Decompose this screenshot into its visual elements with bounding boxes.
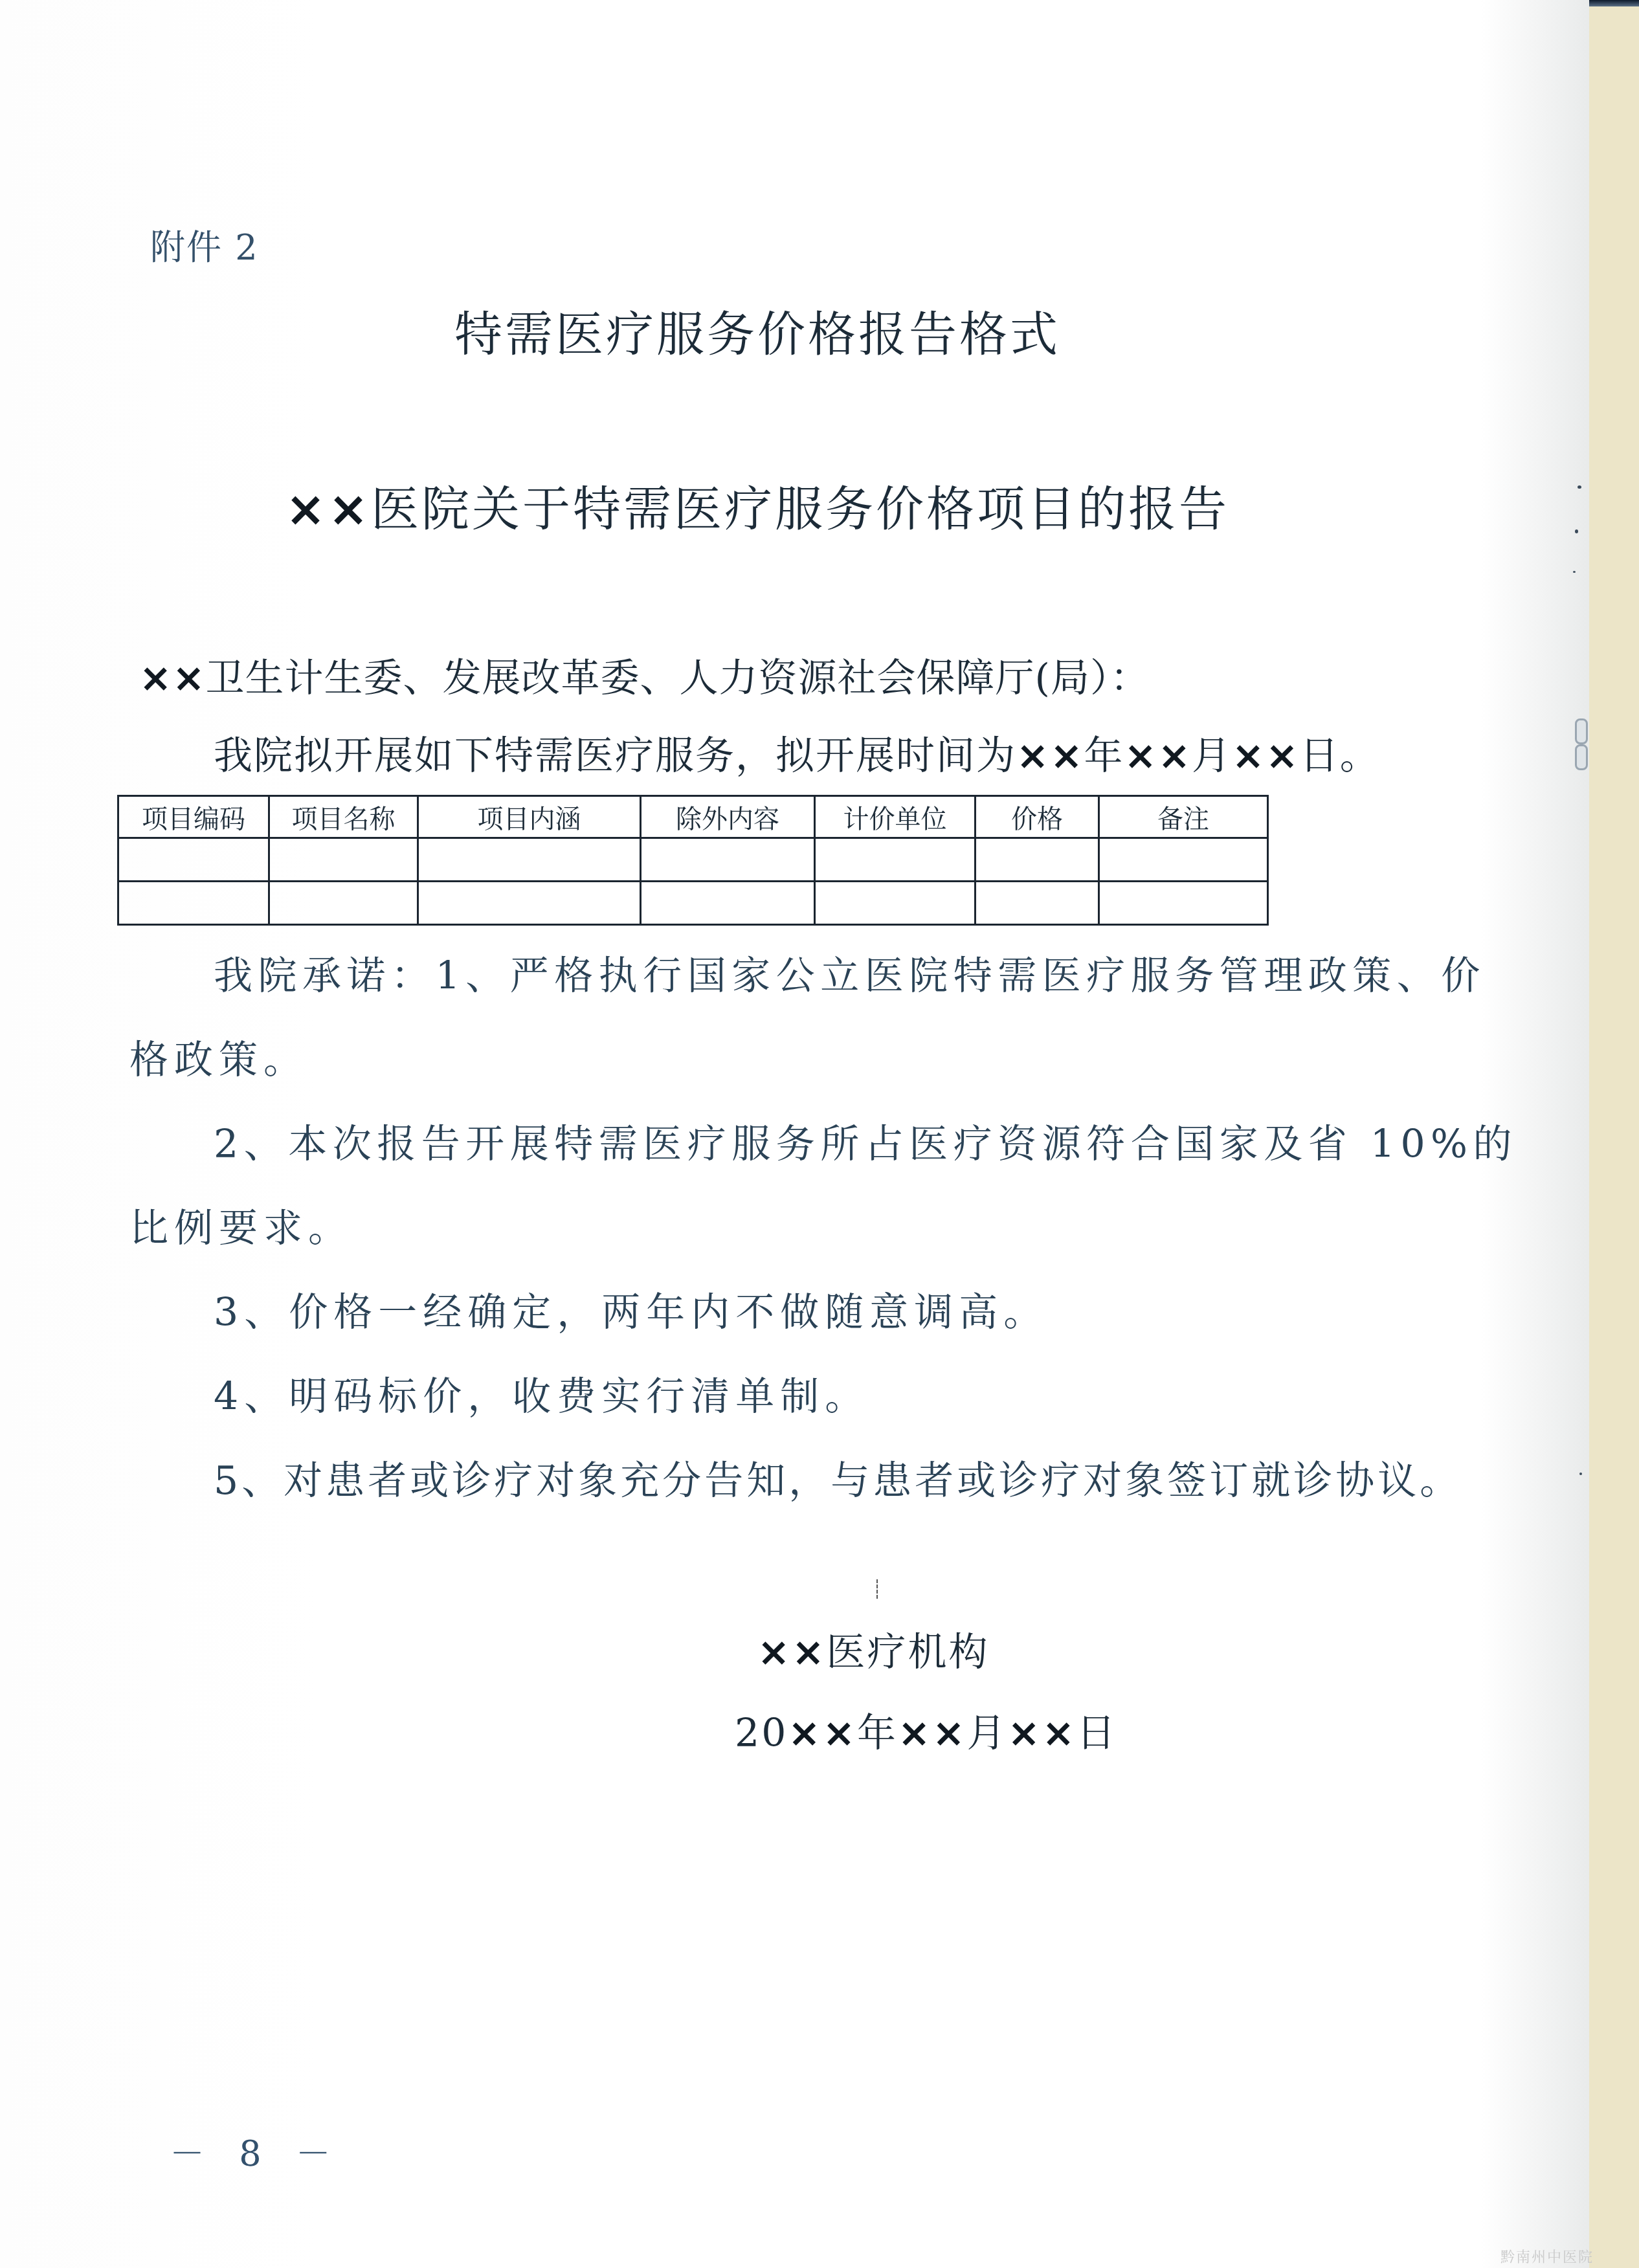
document-title: 特需医疗服务价格报告格式 (0, 296, 1515, 365)
intro-day-label: 日。 (1300, 733, 1380, 779)
commitment-1-line-2: 格政策。 (129, 1029, 308, 1085)
salutation: ××卫生计生委、发展改革委、人力资源社会保障厅(局）： (139, 647, 1150, 703)
table-cell (118, 838, 269, 882)
table-cell (118, 882, 269, 925)
placeholder-mark: ×× (788, 1711, 857, 1756)
col-header-pricing-unit: 计价单位 (815, 796, 976, 838)
scan-dash-mark (876, 1579, 879, 1599)
intro-year-label: 年 (1084, 733, 1124, 779)
report-title: ××医院关于特需医疗服务价格项目的报告 (0, 471, 1515, 540)
placeholder-mark: ×× (1016, 733, 1084, 779)
commitment-5: 5、对患者或诊疗对象充分告知，与患者或诊疗对象签订就诊协议。 (214, 1450, 1462, 1506)
placeholder-mark: ×× (285, 482, 371, 537)
staple-icon (1575, 744, 1588, 770)
scan-speck (1578, 485, 1581, 489)
placeholder-mark: ×× (1232, 733, 1300, 779)
table-cell (815, 838, 976, 882)
commitment-1-line-1: 我院承诺：1、严格执行国家公立医院特需医疗服务管理政策、价 (214, 945, 1486, 1001)
commitment-3: 3、价格一经确定，两年内不做随意调高。 (214, 1282, 1048, 1337)
signature-date: 20××年××月××日 (735, 1702, 1117, 1758)
table-cell (269, 838, 418, 882)
price-items-table: 项目编码 项目名称 项目内涵 除外内容 计价单位 价格 备注 (117, 795, 1269, 926)
table-cell (976, 882, 1099, 925)
placeholder-mark: ×× (139, 656, 206, 701)
table-row (118, 838, 1268, 882)
table-cell (1099, 882, 1268, 925)
scan-speck (1573, 571, 1576, 573)
intro-text: 我院拟开展如下特需医疗服务，拟开展时间为 (214, 733, 1016, 779)
placeholder-mark: ×× (1007, 1711, 1076, 1756)
table-cell (641, 838, 815, 882)
date-year-label: 年 (857, 1711, 898, 1756)
scan-speck (1579, 1473, 1582, 1475)
date-day-label: 日 (1076, 1711, 1117, 1756)
col-header-item-content: 项目内涵 (418, 796, 641, 838)
placeholder-mark: ×× (898, 1711, 967, 1756)
page-number: － 8 － (170, 2126, 342, 2176)
intro-paragraph: 我院拟开展如下特需医疗服务，拟开展时间为××年××月××日。 (214, 725, 1380, 781)
table-cell (1099, 838, 1268, 882)
signature-org-text: 医疗机构 (827, 1630, 990, 1675)
scan-edge-top-shadow (1589, 0, 1639, 6)
table-cell (976, 838, 1099, 882)
commitment-4: 4、明码标价，收费实行清单制。 (214, 1366, 869, 1421)
placeholder-mark: ×× (757, 1630, 827, 1675)
col-header-price: 价格 (976, 796, 1099, 838)
table-cell (815, 882, 976, 925)
scan-edge-strip (1589, 0, 1639, 2268)
report-title-text: 医院关于特需医疗服务价格项目的报告 (371, 482, 1229, 537)
table-row (118, 882, 1268, 925)
placeholder-mark: ×× (1124, 733, 1192, 779)
commitment-2-line-1: 2、本次报告开展特需医疗服务所占医疗资源符合国家及省 10%的 (214, 1113, 1517, 1169)
commitment-2-line-2: 比例要求。 (129, 1197, 353, 1253)
date-month-label: 月 (966, 1711, 1007, 1756)
date-year-prefix: 20 (735, 1711, 788, 1756)
signature-organization: ××医疗机构 (757, 1621, 990, 1677)
table-cell (641, 882, 815, 925)
watermark: 黔南州中医院 (1500, 2246, 1594, 2266)
attachment-label: 附件 2 (150, 220, 259, 270)
scan-speck (1575, 529, 1578, 533)
col-header-remarks: 备注 (1099, 796, 1268, 838)
salutation-text: 卫生计生委、发展改革委、人力资源社会保障厅(局）： (206, 656, 1150, 701)
table-header-row: 项目编码 项目名称 项目内涵 除外内容 计价单位 价格 备注 (118, 796, 1268, 838)
intro-month-label: 月 (1192, 733, 1232, 779)
col-header-item-name: 项目名称 (269, 796, 418, 838)
col-header-item-code: 项目编码 (118, 796, 269, 838)
staple-icon (1575, 718, 1588, 744)
col-header-exclusions: 除外内容 (641, 796, 815, 838)
table-cell (418, 882, 641, 925)
table-cell (418, 838, 641, 882)
table-cell (269, 882, 418, 925)
